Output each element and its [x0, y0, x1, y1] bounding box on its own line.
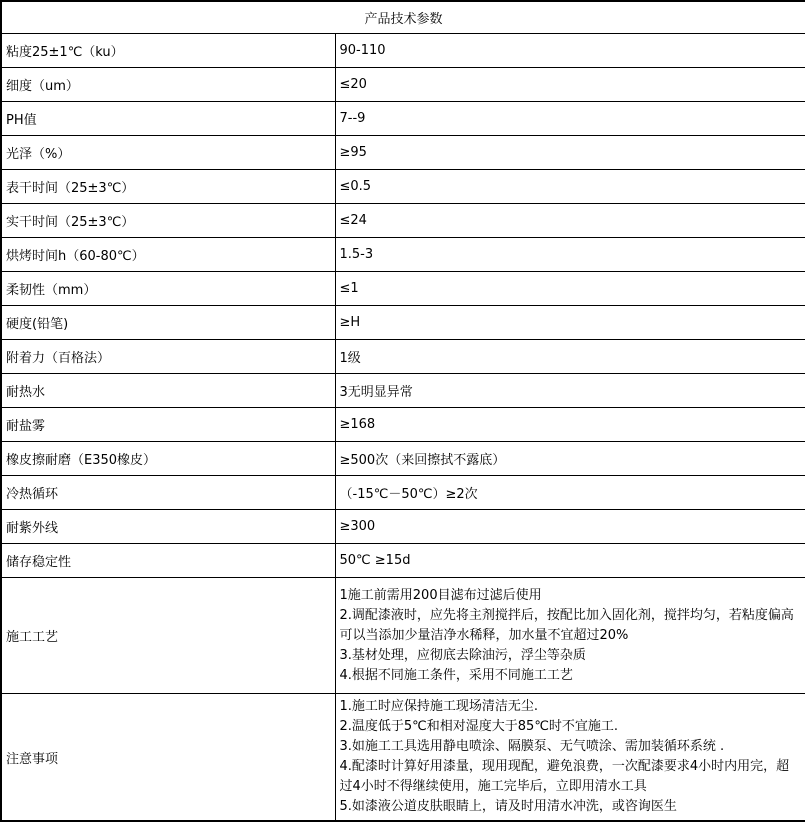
param-value-cell: ≤1: [335, 272, 805, 306]
param-value-cell: 90-110: [335, 34, 805, 68]
table-row: 烘烤时间h（60-80℃） 1.5-3: [1, 238, 805, 272]
table-row: 冷热循环 （-15℃－50℃）≥2次: [1, 476, 805, 510]
param-value-cell: 1级: [335, 340, 805, 374]
param-name-cell: 烘烤时间h（60-80℃）: [1, 238, 335, 272]
param-name-cell: 施工工艺: [1, 578, 335, 694]
table-row: PH值 7--9: [1, 102, 805, 136]
table-row: 实干时间（25±3℃） ≤24: [1, 204, 805, 238]
precaution-line: 2.温度低于5℃和相对湿度大于85℃时不宜施工.: [340, 717, 802, 737]
param-value-cell: 7--9: [335, 102, 805, 136]
precaution-line: 1.施工时应保持施工现场清洁无尘.: [340, 697, 802, 717]
process-line: 1施工前需用200目滤布过滤后使用: [340, 586, 802, 606]
param-value-cell: 1.5-3: [335, 238, 805, 272]
param-name-cell: 冷热循环: [1, 476, 335, 510]
table-row: 橡皮擦耐磨（E350橡皮） ≥500次（来回擦拭不露底）: [1, 442, 805, 476]
param-value-cell: （-15℃－50℃）≥2次: [335, 476, 805, 510]
param-value-cell: ≥168: [335, 408, 805, 442]
param-name-cell: 橡皮擦耐磨（E350橡皮）: [1, 442, 335, 476]
param-name-cell: PH值: [1, 102, 335, 136]
precaution-line: 3.如施工工具选用静电喷涂、隔膜泵、无气喷涂、需加装循环系统 .: [340, 737, 802, 757]
param-value-cell: ≤0.5: [335, 170, 805, 204]
param-name-cell: 附着力（百格法）: [1, 340, 335, 374]
table-row: 硬度(铅笔) ≥H: [1, 306, 805, 340]
product-spec-table: 产品技术参数 粘度25±1℃（ku） 90-110 细度（um） ≤20 PH值…: [0, 0, 805, 822]
param-value-cell: ≥300: [335, 510, 805, 544]
param-name-cell: 粘度25±1℃（ku）: [1, 34, 335, 68]
param-name-cell: 光泽（%）: [1, 136, 335, 170]
param-name-cell: 耐紫外线: [1, 510, 335, 544]
table-row: 耐紫外线 ≥300: [1, 510, 805, 544]
table-row: 光泽（%） ≥95: [1, 136, 805, 170]
param-name-cell: 硬度(铅笔): [1, 306, 335, 340]
param-name-cell: 细度（um）: [1, 68, 335, 102]
param-value-cell: 50℃ ≥15d: [335, 544, 805, 578]
table-row-construction-process: 施工工艺 1施工前需用200目滤布过滤后使用 2.调配漆液时，应先将主剂搅拌后，…: [1, 578, 805, 694]
table-row: 储存稳定性 50℃ ≥15d: [1, 544, 805, 578]
table-header-row: 产品技术参数: [1, 1, 805, 34]
table-row: 耐热水 3无明显异常: [1, 374, 805, 408]
param-name-cell: 耐盐雾: [1, 408, 335, 442]
param-value-cell: ≥95: [335, 136, 805, 170]
param-name-cell: 储存稳定性: [1, 544, 335, 578]
param-value-cell: 3无明显异常: [335, 374, 805, 408]
precaution-line: 4.配漆时计算好用漆量，现用现配，避免浪费，一次配漆要求4小时内用完，超过4小时…: [340, 757, 802, 797]
param-name-cell: 柔韧性（mm）: [1, 272, 335, 306]
param-name-cell: 表干时间（25±3℃）: [1, 170, 335, 204]
table-row: 表干时间（25±3℃） ≤0.5: [1, 170, 805, 204]
table-row: 柔韧性（mm） ≤1: [1, 272, 805, 306]
process-line: 2.调配漆液时，应先将主剂搅拌后，按配比加入固化剂，搅拌均匀，若粘度偏高可以当添…: [340, 606, 802, 646]
param-value-cell: ≤20: [335, 68, 805, 102]
table-row: 粘度25±1℃（ku） 90-110: [1, 34, 805, 68]
param-value-cell: ≤24: [335, 204, 805, 238]
table-title: 产品技术参数: [1, 1, 805, 34]
precaution-line: 5.如漆液公道皮肤眼睛上，请及时用清水冲洗，或咨询医生: [340, 797, 802, 817]
param-name-cell: 耐热水: [1, 374, 335, 408]
table-row: 附着力（百格法） 1级: [1, 340, 805, 374]
param-value-cell: ≥500次（来回擦拭不露底）: [335, 442, 805, 476]
param-value-cell: ≥H: [335, 306, 805, 340]
table-row: 耐盐雾 ≥168: [1, 408, 805, 442]
param-name-cell: 实干时间（25±3℃）: [1, 204, 335, 238]
table-row: 细度（um） ≤20: [1, 68, 805, 102]
process-line: 4.根据不同施工条件，采用不同施工工艺: [340, 666, 802, 686]
param-value-cell: 1施工前需用200目滤布过滤后使用 2.调配漆液时，应先将主剂搅拌后，按配比加入…: [335, 578, 805, 694]
process-line: 3.基材处理，应彻底去除油污，浮尘等杂质: [340, 646, 802, 666]
